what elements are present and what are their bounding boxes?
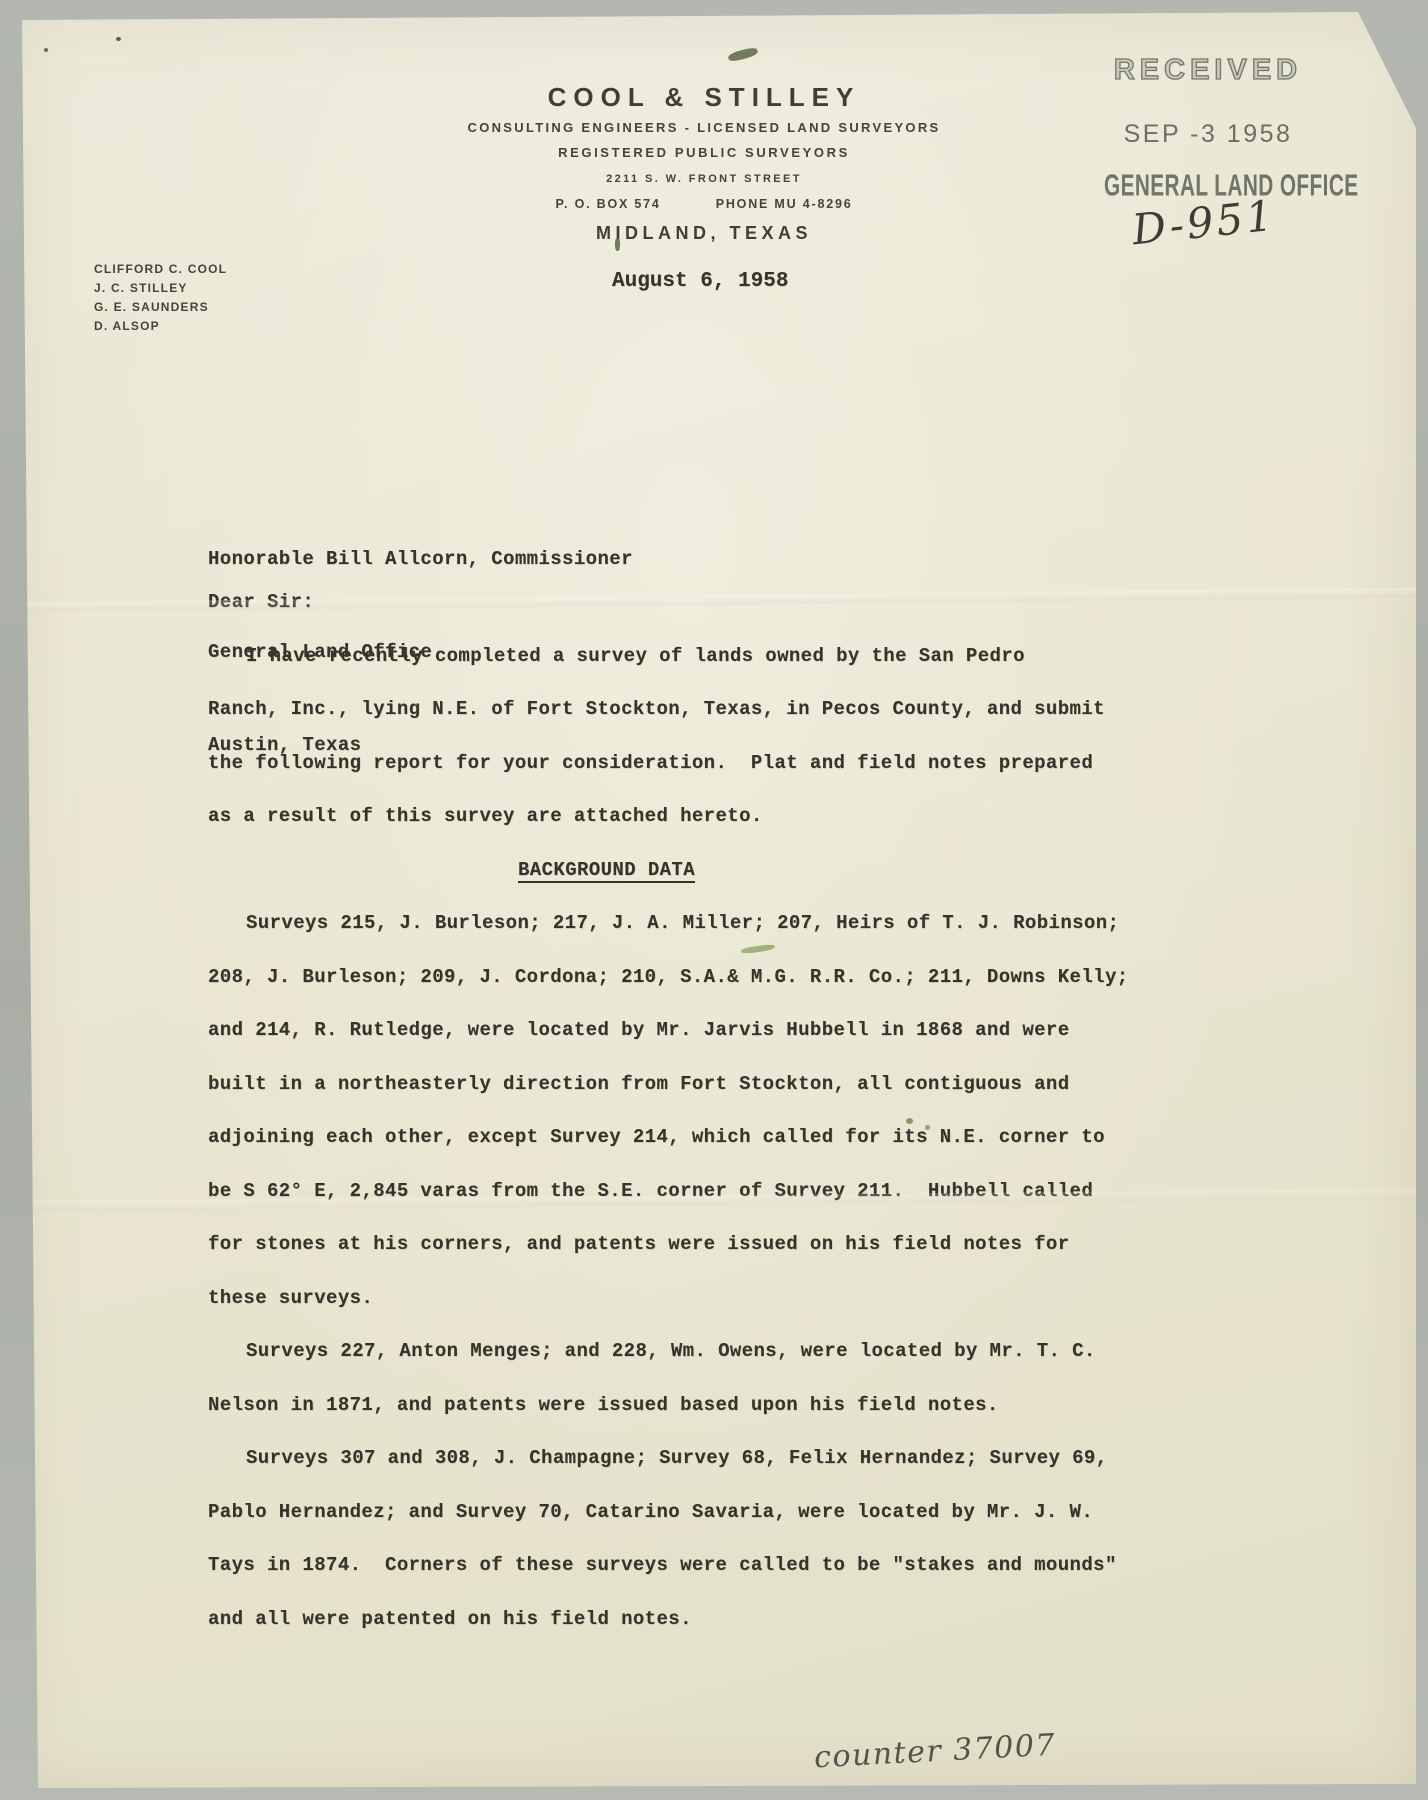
body-line: and 214, R. Rutledge, were located by Mr…	[208, 1004, 1168, 1058]
body-line: for stones at his corners, and patents w…	[208, 1218, 1168, 1272]
body-line: adjoining each other, except Survey 214,…	[208, 1111, 1168, 1165]
company-street-address: 2211 S. W. FRONT STREET	[304, 173, 1104, 185]
handwritten-counter-note: counter 37007	[813, 1728, 1057, 1776]
body-line: and all were patented on his field notes…	[208, 1593, 1168, 1647]
body-line: Surveys 215, J. Burleson; 217, J. A. Mil…	[208, 897, 1168, 951]
partner-name: D. ALSOP	[94, 317, 227, 336]
company-subtitle: CONSULTING ENGINEERS - LICENSED LAND SUR…	[304, 120, 1104, 135]
body-line: the following report for your considerat…	[208, 737, 1168, 791]
stamp-received-text: RECEIVED	[1078, 54, 1338, 87]
body-line: Surveys 227, Anton Menges; and 228, Wm. …	[208, 1325, 1168, 1379]
partner-list: CLIFFORD C. COOL J. C. STILLEY G. E. SAU…	[94, 260, 227, 336]
body-line: Nelson in 1871, and patents were issued …	[208, 1379, 1168, 1433]
phone-number: PHONE MU 4-8296	[716, 197, 853, 211]
recipient-line: Honorable Bill Allcorn, Commissioner	[208, 544, 633, 575]
company-name: COOL & STILLEY	[304, 82, 1104, 113]
body-line: 208, J. Burleson; 209, J. Cordona; 210, …	[208, 951, 1168, 1005]
paper-speck	[44, 48, 48, 52]
letter-body: Dear Sir:I have recently completed a sur…	[208, 576, 1168, 1646]
body-line: built in a northeasterly direction from …	[208, 1058, 1168, 1112]
company-city: MIDLAND, TEXAS	[304, 223, 1104, 244]
po-box: P. O. BOX 574	[556, 197, 661, 211]
company-subtitle-2: REGISTERED PUBLIC SURVEYORS	[304, 145, 1104, 160]
section-heading-text: BACKGROUND DATA	[518, 859, 695, 883]
letter-page: COOL & STILLEY CONSULTING ENGINEERS - LI…	[14, 12, 1416, 1788]
section-heading: BACKGROUND DATA	[518, 844, 1168, 898]
paper-speck	[116, 37, 121, 41]
body-line: Surveys 307 and 308, J. Champagne; Surve…	[208, 1432, 1168, 1486]
salutation: Dear Sir:	[208, 576, 1168, 630]
company-contact-line: P. O. BOX 574PHONE MU 4-8296	[304, 197, 1104, 211]
stamp-date: SEP -3 1958	[1078, 120, 1338, 149]
partner-name: G. E. SAUNDERS	[94, 298, 227, 317]
partner-name: CLIFFORD C. COOL	[94, 260, 227, 279]
letter-date: August 6, 1958	[612, 270, 788, 293]
ink-smudge	[727, 46, 758, 62]
body-line: these surveys.	[208, 1272, 1168, 1326]
body-line: Pablo Hernandez; and Survey 70, Catarino…	[208, 1486, 1168, 1540]
body-line: Ranch, Inc., lying N.E. of Fort Stockton…	[208, 683, 1168, 737]
body-line: Tays in 1874. Corners of these surveys w…	[208, 1539, 1168, 1593]
body-line: as a result of this survey are attached …	[208, 790, 1168, 844]
partner-name: J. C. STILLEY	[94, 279, 227, 298]
body-line: I have recently completed a survey of la…	[208, 630, 1168, 684]
body-line: be S 62° E, 2,845 varas from the S.E. co…	[208, 1165, 1168, 1219]
